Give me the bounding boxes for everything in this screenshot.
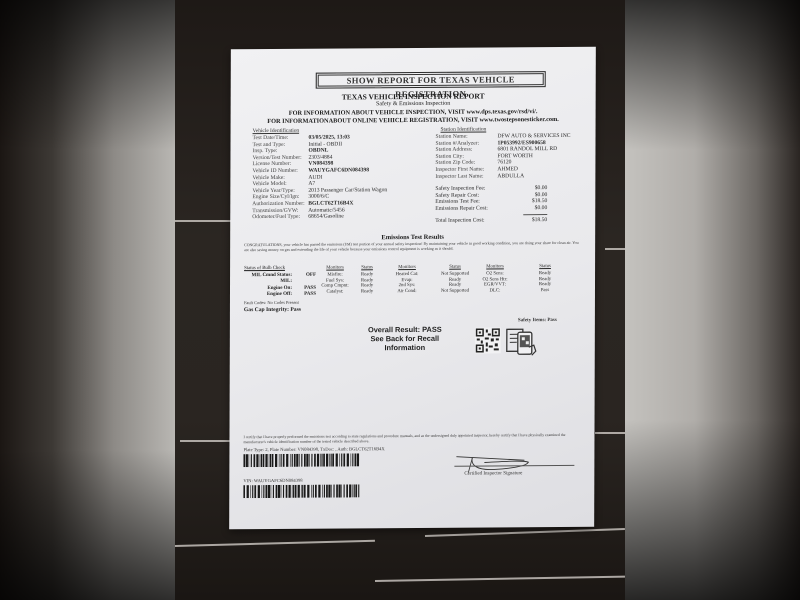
bulb-label: Engine Off: (244, 292, 292, 299)
inspection-report-paper: SHOW REPORT FOR TEXAS VEHICLE REGISTRATI… (229, 47, 596, 530)
plate-barcode (243, 453, 359, 467)
monitors-header: Monitors (470, 264, 520, 270)
station-identification-heading: Station Identification (441, 126, 487, 132)
congratulations-text: CONGRATULATIONS, your vehicle has passed… (244, 241, 584, 253)
field-value: 68654/Gasoline (308, 214, 343, 221)
monitors-header: Monitors (382, 265, 432, 271)
monitor-status: Pass (522, 288, 568, 294)
field-value: ABDULLA (497, 173, 524, 180)
cost-total-separator (523, 214, 547, 215)
safety-items-result: Safety Items: Pass (518, 318, 557, 323)
recall-line-1: See Back for Recall (360, 334, 450, 344)
status-header: Status (522, 264, 568, 270)
bulb-row: Engine Off:PASS (244, 291, 316, 298)
field-row: Odometer/Fuel Type:68654/Gasoline (252, 213, 387, 221)
recall-line-2: Information (360, 343, 450, 353)
cost-total-value: $18.50 (523, 217, 547, 224)
cost-total-row: Total Inspection Cost:$18.50 (435, 217, 547, 224)
background-left-shade (0, 0, 175, 600)
report-banner: SHOW REPORT FOR TEXAS VEHICLE REGISTRATI… (316, 71, 546, 89)
background-right-shade (625, 0, 800, 600)
field-row: Inspector Last Name:ABDULLA (435, 172, 570, 180)
document-phone-scan-icon (505, 325, 539, 357)
inspection-costs: Safety Inspection Fee:$0.00Safety Repair… (435, 185, 547, 225)
monitor-names-column: MonitorsO2 Sens:O2 Sens Htr:EGR/VVT:DLC: (470, 264, 520, 294)
report-subtitle: Safety & Emissions Inspection (231, 100, 596, 109)
monitor-names-column: MonitorsHeated Cat:Evap:2nd Sys:Air Cond… (382, 265, 432, 295)
bulb-check-heading: Status of Bulb Check (244, 266, 316, 273)
cost-value: $0.00 (523, 205, 547, 212)
signature-label: Certified Inspector Signature (464, 471, 522, 476)
fault-codes: Fault Codes: No Codes Present (244, 300, 299, 305)
info-line-registration: FOR INFORMATIONABOUT ONLINE VEHICLE REGI… (231, 116, 596, 126)
cost-label: Emissions Repair Cost: (435, 205, 523, 212)
cost-total-label: Total Inspection Cost: (435, 218, 523, 225)
vin-barcode (243, 484, 359, 498)
monitor-name: Air Cond: (382, 289, 432, 295)
qr-code-icon (475, 327, 501, 353)
station-identification-fields: Station Name:DFW AUTO & SERVICES INCStat… (435, 133, 570, 180)
monitor-name: DLC: (470, 288, 520, 294)
vin-line: VIN: WAUYGAFC6DN084398 (243, 478, 302, 483)
vehicle-identification-fields: Test Date/Time:03/05/2025, 13:03Test and… (252, 134, 387, 221)
gas-cap-integrity: Gas Cap Integrity: Pass (244, 307, 301, 313)
field-label: Inspector Last Name: (435, 173, 497, 180)
inspector-certification-text: I certify that I have properly performed… (243, 433, 583, 445)
overall-result: Overall Result: PASS See Back for Recall… (360, 325, 450, 353)
plate-info-line: Plate Type: 2, Plate Number: VN084398, T… (243, 446, 384, 452)
cost-row: Emissions Repair Cost:$0.00 (435, 205, 547, 212)
vehicle-identification-heading: Vehicle Identification (253, 128, 300, 134)
monitor-status-column: StatusReadyReadyReadyPass (522, 264, 568, 294)
field-label: Odometer/Fuel Type: (252, 214, 308, 221)
bulb-check-status: Status of Bulb CheckMIL Cmnd Status:OFFM… (244, 266, 316, 299)
